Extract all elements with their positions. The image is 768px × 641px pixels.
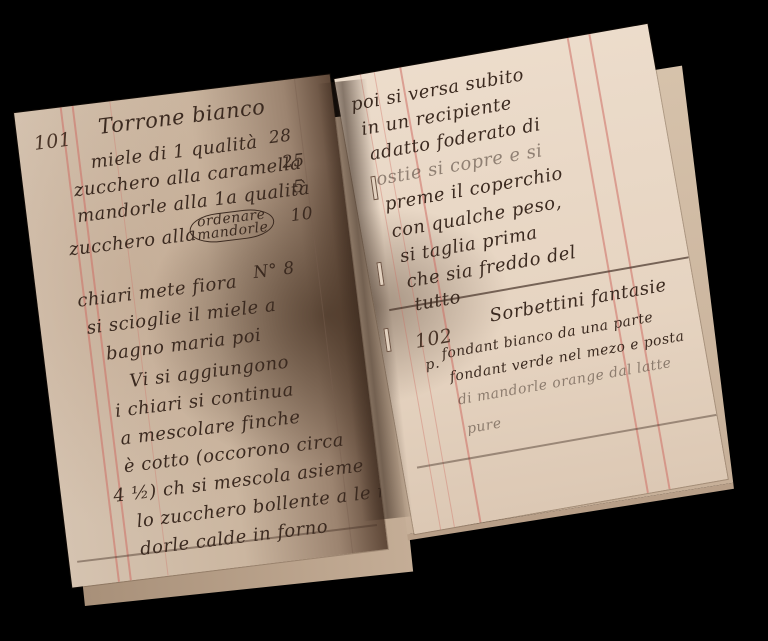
- ingredient-amount: 5: [292, 176, 306, 197]
- ingredient-amount: 25: [281, 150, 306, 173]
- entry-prefix: p.: [424, 355, 441, 373]
- circled-note: ordenare mandorle: [188, 206, 276, 245]
- ingredient-amount: 28: [268, 126, 293, 149]
- entry-number: 101: [33, 128, 73, 154]
- photo-scene: 101 Torrone bianco miele di 1 qualità 28…: [0, 0, 768, 641]
- instruction-line: pure: [466, 415, 503, 437]
- instruction-line: tutto: [413, 287, 463, 316]
- instruction-note: N° 8: [252, 258, 296, 283]
- recipe-title: Torrone bianco: [97, 95, 267, 139]
- ingredient-amount: 10: [289, 204, 314, 227]
